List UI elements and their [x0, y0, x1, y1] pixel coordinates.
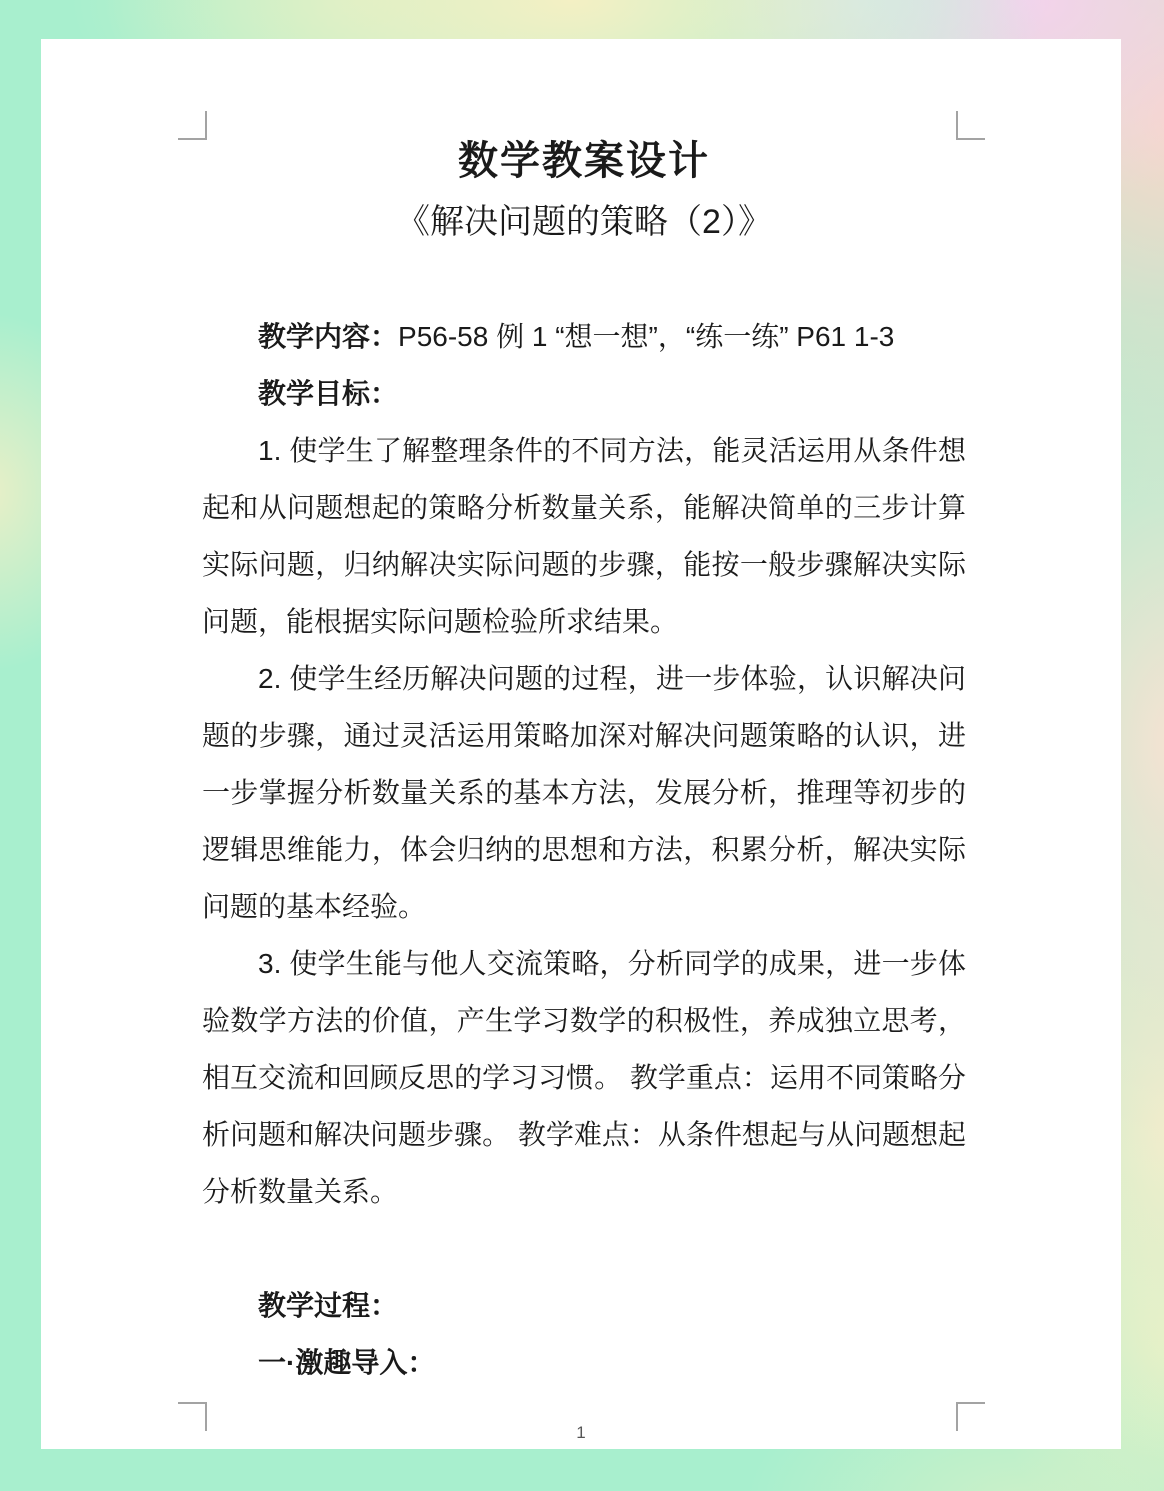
document-page: 数学教案设计 《解决问题的策略（2）》 教学内容：P56-58 例 1 “想一想…	[41, 39, 1121, 1449]
document-subtitle: 《解决问题的策略（2）》	[202, 191, 966, 253]
document-content: 数学教案设计 《解决问题的策略（2）》 教学内容：P56-58 例 1 “想一想…	[202, 131, 966, 1391]
page-number: 1	[41, 1421, 1121, 1445]
goal-paragraph-3: 3. 使学生能与他人交流策略，分析同学的成果，进一步体验数学方法的价值，产生学习…	[202, 935, 966, 1220]
teaching-content-value: P56-58 例 1 “想一想”，“练一练” P61 1-3	[398, 321, 894, 352]
teaching-goals-label: 教学目标：	[202, 365, 966, 422]
goal-paragraph-1: 1. 使学生了解整理条件的不同方法，能灵活运用从条件想起和从问题想起的策略分析数…	[202, 422, 966, 650]
teaching-content-label: 教学内容：	[258, 321, 398, 352]
document-title: 数学教案设计	[202, 131, 966, 191]
goal-paragraph-2: 2. 使学生经历解决问题的过程，进一步体验，认识解决问题的步骤，通过灵活运用策略…	[202, 650, 966, 935]
intro-section-label: 一·激趣导入：	[202, 1334, 966, 1391]
teaching-content-line: 教学内容：P56-58 例 1 “想一想”，“练一练” P61 1-3	[202, 308, 966, 365]
gradient-border-background: 数学教案设计 《解决问题的策略（2）》 教学内容：P56-58 例 1 “想一想…	[0, 0, 1164, 1491]
teaching-process-label: 教学过程：	[202, 1277, 966, 1334]
document-body: 教学内容：P56-58 例 1 “想一想”，“练一练” P61 1-3 教学目标…	[202, 308, 966, 1391]
